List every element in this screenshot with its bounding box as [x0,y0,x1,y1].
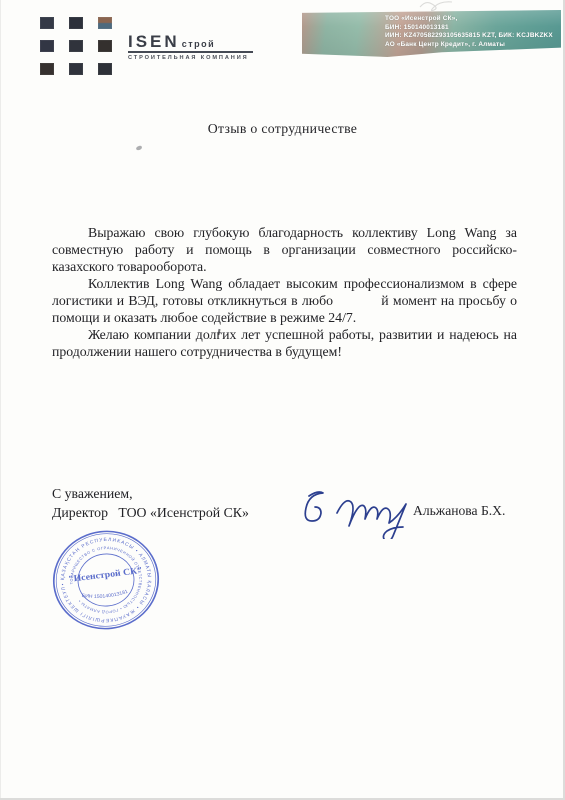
logo-grid-square [98,40,112,52]
brand-suffix-text: строй [182,39,215,49]
signatory-role-line: Директор ТОО «Исенстрой СК» [52,503,249,522]
scan-artifact-speck [136,145,143,150]
brand-main-text: ISEN [128,33,180,50]
logo-grid-square [40,17,54,29]
banner-bank-line: АО «Банк Центр Кредит», г. Алматы [385,41,557,50]
logo-grid-square [98,17,112,29]
logo-grid-square [69,63,83,75]
logo-grid-square [69,40,83,52]
brand-subtitle-text: СТРОИТЕЛЬНАЯ КОМПАНИЯ [128,55,253,61]
bank-details-banner: ТОО «Исенстрой СК», БИН: 150140013181 ИИ… [302,10,561,57]
signatory-name: Альжанова Б.Х. [413,503,505,519]
scanned-letter-page: ISEN строй СТРОИТЕЛЬНАЯ КОМПАНИЯ ТОО «Ис… [0,0,565,800]
handwritten-signature [293,483,433,539]
scan-artifact-squiggle [418,0,454,12]
logo-grid-square [98,63,112,75]
company-logotype: ISEN строй СТРОИТЕЛЬНАЯ КОМПАНИЯ [128,33,253,61]
banner-company-line: ТОО «Исенстрой СК», [385,15,557,24]
letter-body: Выражаю свою глубокую благодарность колл… [52,224,517,360]
banner-account-line: ИИН: KZ470582293105635815 KZT, БИК: KCJB… [385,32,557,41]
signoff-block: С уважением, Директор ТОО «Исенстрой СК» [52,484,249,522]
paragraph-gratitude: Выражаю свою глубокую благодарность колл… [52,224,517,275]
paragraph-wishes: Желаю компании долгих лет успешной работ… [52,326,517,360]
company-logo-squares-icon [40,17,112,75]
stamp-center-text: "Исенстрой СК" [68,565,143,585]
logo-grid-square [40,40,54,52]
logo-grid-square [69,17,83,29]
company-stamp: • ҚАЗАҚСТАН РЕСПУБЛИКАСЫ • АЛМАТЫ ҚАЛАСЫ… [44,522,168,639]
paragraph-professionalism: Коллектив Long Wang обладает высоким про… [52,275,517,326]
letter-title: Отзыв о сотрудничестве [0,121,565,137]
logo-grid-square [40,63,54,75]
brand-name: ISEN строй [128,33,253,53]
closing-line: С уважением, [52,484,249,503]
